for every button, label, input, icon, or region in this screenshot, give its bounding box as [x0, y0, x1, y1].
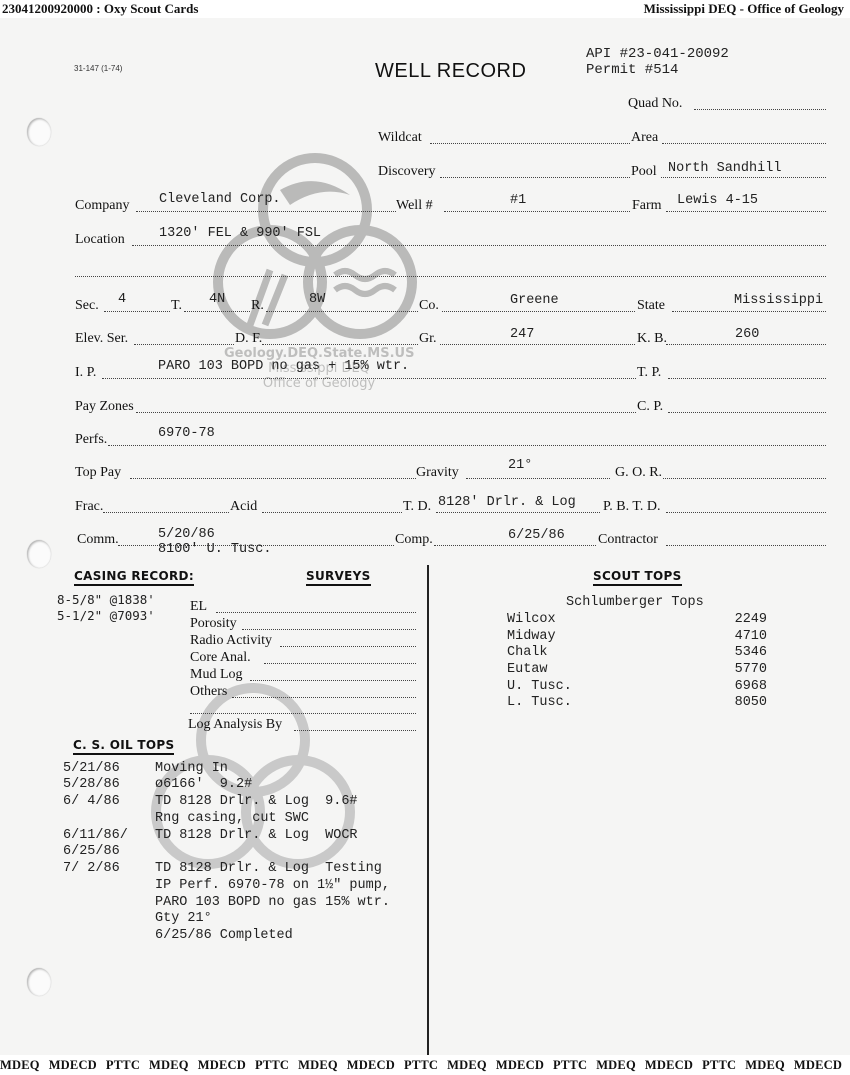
frac-field [103, 512, 229, 513]
range-label: R. [251, 298, 264, 314]
page-header: 23041200920000 : Oxy Scout Cards Mississ… [0, 0, 850, 18]
log-date: 7/ 2/86 [63, 861, 120, 876]
comp-label: Comp. [395, 532, 433, 548]
company-value: Cleveland Corp. [159, 192, 281, 207]
elev-ser-field [134, 344, 234, 345]
footer-tag: MDEQ [745, 1058, 785, 1072]
survey-blank-field [190, 713, 416, 714]
survey-core-anal-label: Core Anal. [190, 650, 251, 666]
quad-no-label: Quad No. [628, 96, 682, 112]
kb-field [666, 344, 826, 345]
footer-tag: PTTC [106, 1058, 140, 1072]
formation-depth: 8050 [735, 695, 767, 710]
well-no-value: #1 [510, 193, 526, 208]
formation-name: Wilcox [507, 612, 556, 627]
log-text: 6/25/86 Completed [155, 928, 293, 943]
casing-record-heading: CASING RECORD: [74, 569, 194, 586]
formation-name: Eutaw [507, 662, 548, 677]
permit-number: Permit #514 [586, 62, 678, 78]
log-date: 5/21/86 [63, 761, 120, 776]
location-field-line-2 [75, 276, 826, 277]
cs-oil-tops-heading: C. S. OIL TOPS [73, 738, 174, 755]
county-label: Co. [419, 298, 439, 314]
scout-tops-subheading: Schlumberger Tops [566, 595, 704, 610]
gr-value: 247 [510, 327, 534, 342]
column-divider [427, 565, 429, 1055]
log-text: PARO 103 BOPD no gas 15% wtr. [155, 895, 390, 910]
contractor-field [666, 545, 826, 546]
formation-name: Chalk [507, 645, 548, 660]
formation-name: L. Tusc. [507, 695, 572, 710]
tp-label: T. P. [637, 365, 661, 381]
footer-tag: MDEQ [298, 1058, 338, 1072]
record-id: 23041200920000 : Oxy Scout Cards [2, 0, 198, 18]
formation-depth: 5346 [735, 645, 767, 660]
api-number: API #23-041-20092 [586, 46, 729, 62]
casing-item: 5-1/2" @7093' [57, 608, 155, 623]
footer-tag: MDECD [347, 1058, 395, 1072]
gor-label: G. O. R. [615, 465, 662, 481]
discovery-label: Discovery [378, 164, 436, 180]
kb-label: K. B. [637, 331, 667, 347]
log-analysis-by-field [294, 730, 416, 731]
acid-field [262, 512, 402, 513]
gr-field [440, 344, 635, 345]
log-text: TD 8128 Drlr. & Log Testing [155, 861, 382, 876]
gr-label: Gr. [419, 331, 437, 347]
pool-value: North Sandhill [668, 161, 781, 176]
contractor-label: Contractor [598, 532, 658, 548]
td-value: 8128' Drlr. & Log [438, 495, 576, 510]
cp-field [668, 412, 826, 413]
survey-el-label: EL [190, 599, 207, 615]
county-value: Greene [510, 293, 559, 308]
log-text: ø6166' 9.2# [155, 777, 252, 792]
footer-tag: MDECD [645, 1058, 693, 1072]
td-label: T. D. [403, 499, 431, 515]
pbtd-field [666, 512, 826, 513]
township-value: 4N [209, 292, 225, 307]
formation-name: Midway [507, 629, 556, 644]
farm-label: Farm [632, 198, 662, 214]
survey-porosity-label: Porosity [190, 616, 237, 632]
gravity-value: 21° [508, 458, 532, 473]
formation-depth: 6968 [735, 679, 767, 694]
df-field [262, 344, 418, 345]
township-field [184, 311, 250, 312]
log-date: 5/28/86 [63, 777, 120, 792]
pbtd-label: P. B. T. D. [603, 499, 660, 515]
gor-field [663, 478, 826, 479]
pay-zones-field [136, 412, 636, 413]
log-text: IP Perf. 6970-78 on 1½" pump, [155, 878, 390, 893]
elev-ser-label: Elev. Ser. [75, 331, 128, 347]
kb-value: 260 [735, 327, 759, 342]
range-value: 8W [309, 292, 325, 307]
footer-tag: MDEQ [447, 1058, 487, 1072]
survey-mud-log-label: Mud Log [190, 667, 243, 683]
pay-zones-label: Pay Zones [75, 399, 134, 415]
formation-name: U. Tusc. [507, 679, 572, 694]
company-field [136, 211, 396, 212]
footer-tag: PTTC [404, 1058, 438, 1072]
comp-field [434, 545, 596, 546]
survey-mud-log-field [250, 680, 416, 681]
footer-tag: MDEQ [0, 1058, 40, 1072]
pool-field [661, 177, 826, 178]
footer-tag: MDEQ [596, 1058, 636, 1072]
footer-tag: MDECD [198, 1058, 246, 1072]
company-label: Company [75, 198, 129, 214]
comm-note: 8100' U. Tusc. [158, 542, 271, 557]
discovery-field [440, 177, 630, 178]
footer-tag: MDECD [49, 1058, 97, 1072]
top-pay-field [130, 478, 416, 479]
footer-tag: PTTC [553, 1058, 587, 1072]
perfs-value: 6970-78 [158, 426, 215, 441]
ip-value: PARO 103 BOPD no gas + 15% wtr. [158, 359, 409, 374]
survey-porosity-field [242, 629, 416, 630]
log-date: 6/11/86/ [63, 828, 128, 843]
sec-label: Sec. [75, 298, 99, 314]
cp-label: C. P. [637, 399, 663, 415]
formation-depth: 4710 [735, 629, 767, 644]
td-field [436, 512, 600, 513]
log-analysis-by-label: Log Analysis By [188, 717, 282, 733]
log-text: TD 8128 Drlr. & Log WOCR [155, 828, 358, 843]
survey-el-field [216, 612, 416, 613]
casing-item: 8-5/8" @1838' [57, 592, 155, 607]
area-label: Area [631, 130, 658, 146]
log-date: 6/ 4/86 [63, 794, 120, 809]
hole-punch-middle [27, 540, 51, 568]
top-pay-label: Top Pay [75, 465, 121, 481]
scout-tops-heading: SCOUT TOPS [593, 569, 682, 586]
survey-radio-activity-label: Radio Activity [190, 633, 272, 649]
tp-field [668, 378, 826, 379]
area-field [662, 143, 826, 144]
quad-no-field [694, 109, 826, 110]
df-label: D. F. [235, 331, 262, 347]
acid-label: Acid [230, 499, 257, 515]
sec-field [104, 311, 170, 312]
footer-tag: MDEQ [149, 1058, 189, 1072]
survey-radio-activity-field [280, 646, 416, 647]
log-text: Gty 21° [155, 911, 212, 926]
survey-core-anal-field [264, 663, 416, 664]
farm-field [666, 211, 826, 212]
wildcat-label: Wildcat [378, 130, 422, 146]
log-text: Moving In [155, 761, 228, 776]
sec-value: 4 [118, 292, 126, 307]
frac-label: Frac. [75, 499, 103, 515]
comm-label: Comm. [77, 532, 119, 548]
survey-others-label: Others [190, 684, 227, 700]
footer-tag: PTTC [255, 1058, 289, 1072]
page-title: WELL RECORD [375, 60, 526, 83]
location-field [132, 245, 826, 246]
wildcat-field [430, 143, 630, 144]
pool-label: Pool [631, 164, 657, 180]
agency-name: Mississippi DEQ - Office of Geology [644, 0, 844, 18]
log-date: 6/25/86 [63, 844, 120, 859]
well-no-field [444, 211, 630, 212]
well-no-label: Well # [396, 198, 433, 214]
ip-label: I. P. [75, 365, 96, 381]
gravity-label: Gravity [416, 465, 459, 481]
perfs-field [108, 445, 826, 446]
ip-field [102, 378, 636, 379]
footer-tag: MDECD [496, 1058, 544, 1072]
surveys-heading: SURVEYS [306, 569, 371, 586]
hole-punch-bottom [27, 968, 51, 996]
township-label: T. [171, 298, 182, 314]
county-field [442, 311, 635, 312]
formation-depth: 2249 [735, 612, 767, 627]
comp-value: 6/25/86 [508, 528, 565, 543]
footer-tag: MDECD [794, 1058, 842, 1072]
form-number: 31-147 (1-74) [74, 64, 122, 73]
location-label: Location [75, 232, 125, 248]
location-value: 1320' FEL & 990' FSL [159, 226, 321, 241]
state-label: State [637, 298, 665, 314]
page-footer: MDEQMDECDPTTCMDEQMDECDPTTCMDEQMDECDPTTCM… [0, 1055, 850, 1075]
state-field [672, 311, 826, 312]
comm-value: 5/20/86 [158, 527, 215, 542]
farm-value: Lewis 4-15 [677, 193, 758, 208]
footer-tag: PTTC [702, 1058, 736, 1072]
formation-depth: 5770 [735, 662, 767, 677]
perfs-label: Perfs. [75, 432, 107, 448]
range-field [266, 311, 418, 312]
gravity-field [466, 478, 610, 479]
log-text: TD 8128 Drlr. & Log 9.6# [155, 794, 358, 809]
hole-punch-top [27, 118, 51, 146]
survey-others-field [232, 697, 416, 698]
state-value: Mississippi [734, 293, 823, 308]
log-text: Rng casing, cut SWC [155, 811, 309, 826]
